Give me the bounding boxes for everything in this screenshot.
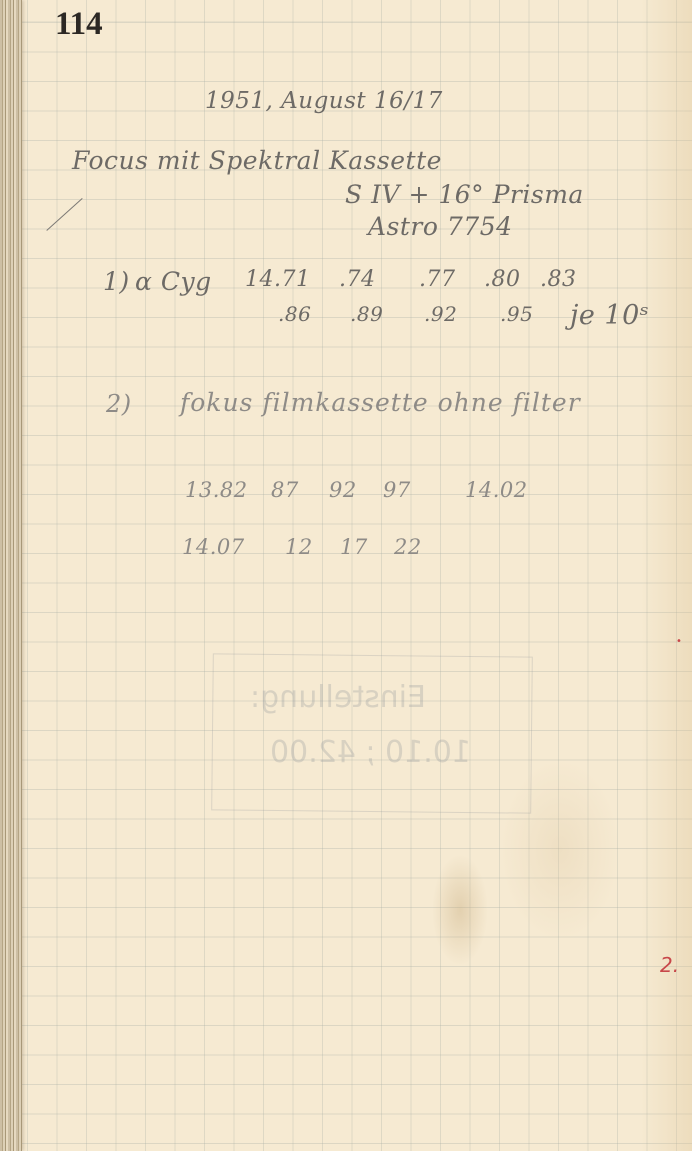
page-number: 114 [55, 6, 103, 43]
time-value: 14.07 [182, 535, 285, 559]
entry1-times-row2: .86 .89 .92 .95 [278, 302, 533, 326]
entry-date: 1951, August 16/17 [205, 88, 443, 114]
entry2-description: fokus filmkassette ohne filter [180, 388, 581, 417]
time-value: 17 [340, 535, 394, 559]
time-value: 22 [394, 535, 422, 559]
heading-title: Focus mit Spektral Kassette [72, 146, 442, 175]
time-value: .89 [350, 302, 424, 326]
time-value: 92 [329, 478, 383, 502]
time-value: 13.82 [185, 478, 271, 502]
entry1-label: 1) [103, 267, 130, 296]
time-value: 14.71 [245, 267, 339, 292]
heading-plate: Astro 7754 [368, 212, 513, 241]
entry2-label: 2) [106, 390, 132, 418]
time-value: .80 [484, 267, 540, 292]
time-value: 12 [285, 535, 340, 559]
bleed-through-line1: Einstellung: [250, 680, 426, 715]
time-value: .92 [424, 302, 500, 326]
time-value: .74 [339, 267, 419, 292]
time-value: .83 [540, 267, 577, 292]
time-value: .77 [419, 267, 484, 292]
time-value: .86 [278, 302, 350, 326]
time-value: .95 [500, 302, 533, 326]
page-binding-edge [0, 0, 22, 1151]
bleed-through-box [211, 653, 533, 813]
red-margin-number: 2. [660, 953, 679, 977]
bracket-stroke [46, 198, 82, 231]
notebook-page: 114 1951, August 16/17 Focus mit Spektra… [0, 0, 692, 1151]
entry1-times-row1: 14.71 .74 .77 .80 .83 [245, 267, 577, 292]
time-value: 14.02 [465, 478, 528, 502]
heading-instrument: S IV + 16° Prisma [345, 180, 584, 209]
entry2-times-row1: 13.82 87 92 97 14.02 [185, 478, 528, 502]
bleed-through-line2: 10.10 ; 42.00 [270, 735, 471, 770]
time-value: 87 [271, 478, 329, 502]
entry1-exposure-note: je 10ˢ [570, 300, 649, 331]
time-value: 97 [383, 478, 465, 502]
red-margin-dot: • [676, 636, 682, 647]
entry2-times-row2: 14.07 12 17 22 [182, 535, 422, 559]
entry1-object: α Cyg [135, 267, 212, 296]
